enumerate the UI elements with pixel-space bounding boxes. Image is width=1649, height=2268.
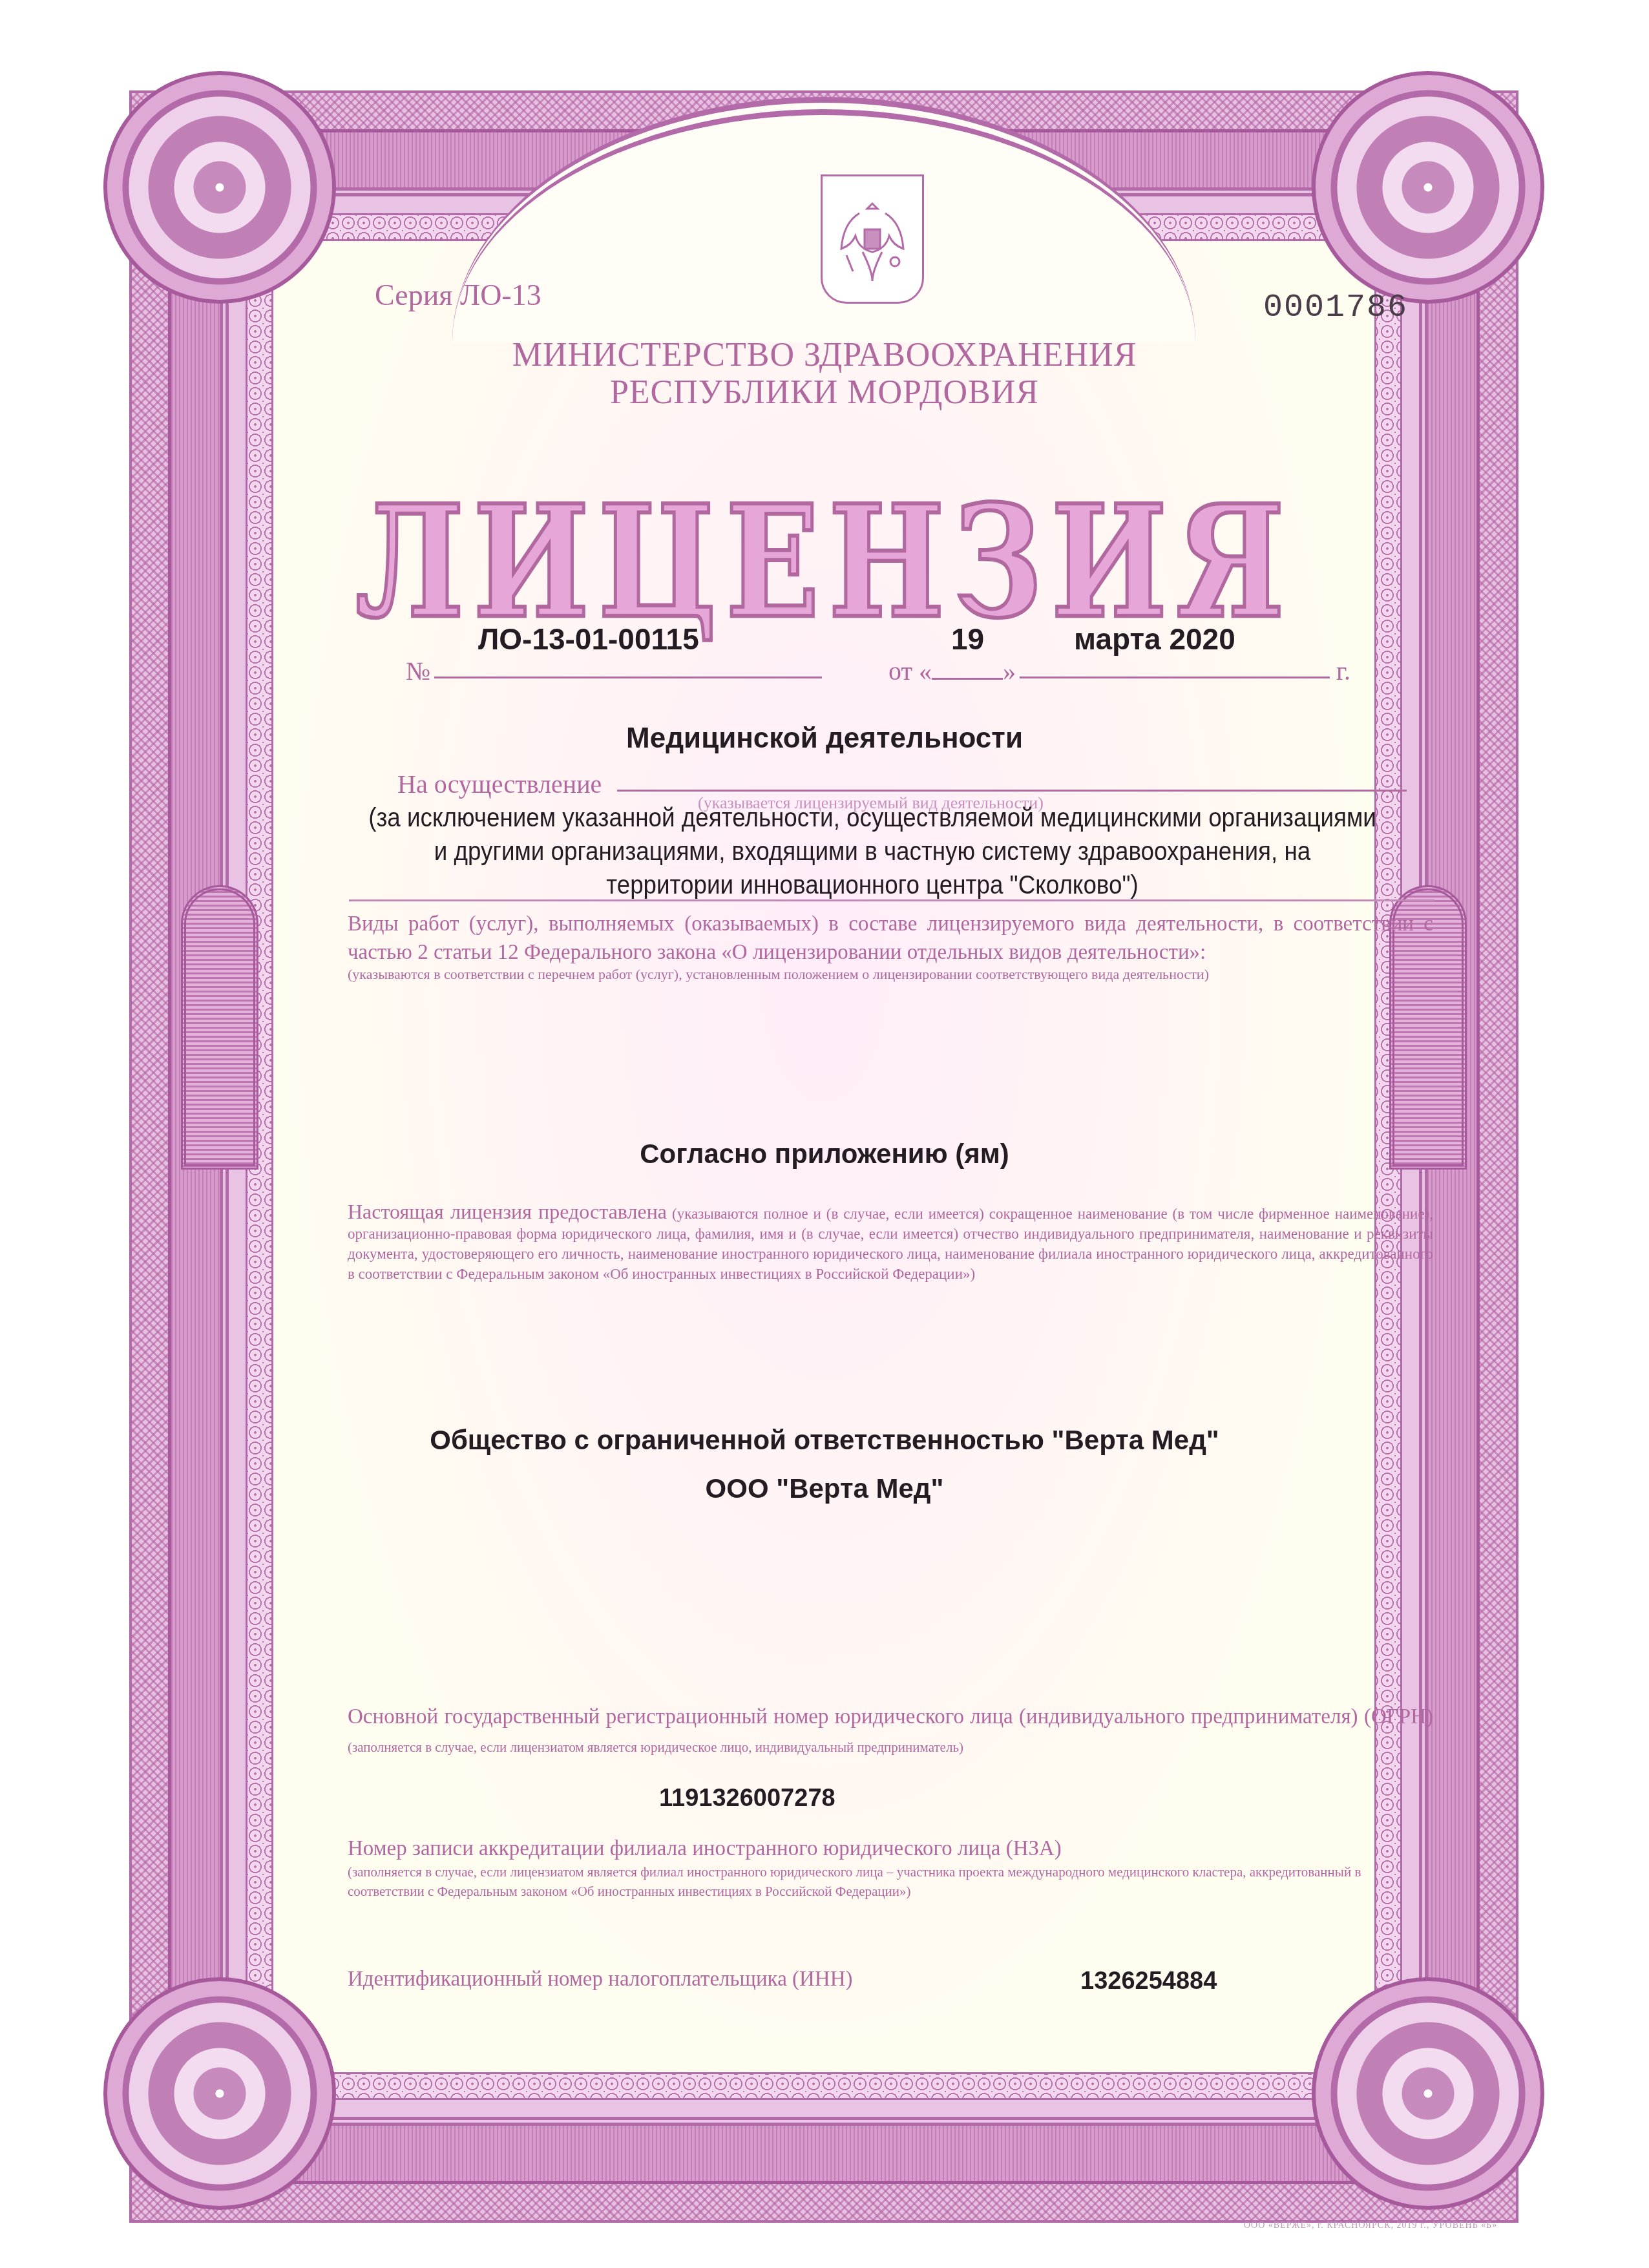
activity-exclusion: (за исключением указанной деятельности, … xyxy=(331,801,1413,902)
number-label: № xyxy=(406,656,430,686)
works-hint: (указываются в соответствии с перечнем р… xyxy=(348,965,1433,984)
from-close-quote: » xyxy=(1003,656,1016,686)
serial-number: 0001786 xyxy=(1263,289,1408,326)
corner-rosette-top-left xyxy=(103,71,336,304)
ogrn-label-text: Основной государственный регистрационный… xyxy=(348,1705,1433,1728)
nza-hint: (заполняется в случае, если лицензиатом … xyxy=(348,1862,1433,1901)
date-underline xyxy=(1020,677,1330,678)
licensee-label: Настоящая лицензия предоставлена (указыв… xyxy=(348,1202,1433,1284)
ogrn-label: Основной государственный регистрационный… xyxy=(348,1703,1433,1761)
left-side-medallion xyxy=(181,885,258,1170)
activity-value: Медицинской деятельности xyxy=(0,722,1649,755)
corner-rosette-bottom-right xyxy=(1312,1977,1544,2210)
inn-value: 1326254884 xyxy=(1080,1968,1217,1995)
section-divider xyxy=(349,899,1434,901)
year-suffix: г. xyxy=(1336,656,1350,686)
coat-of-arms-icon xyxy=(821,174,924,304)
document-title: ЛИЦЕНЗИЯ xyxy=(0,472,1649,652)
inn-label: Идентификационный номер налогоплательщик… xyxy=(348,1968,853,1991)
printer-imprint: ООО «ВЕРЖЕ», г. КРАСНОЯРСК, 2019 г., УРО… xyxy=(1244,2221,1497,2231)
exclusion-line: территории инновационного центра "Сколко… xyxy=(331,868,1413,902)
works-value: Согласно приложению (ям) xyxy=(0,1139,1649,1170)
ogrn-hint: (заполняется в случае, если лицензиатом … xyxy=(348,1739,963,1755)
from-open-quote: от « xyxy=(888,656,932,686)
double-headed-eagle-icon xyxy=(834,191,911,288)
licensee-label-lead: Настоящая лицензия предоставлена xyxy=(348,1200,667,1223)
licensee-full-name: Общество с ограниченной ответственностью… xyxy=(0,1425,1649,1456)
exclusion-line: и другими организациями, входящими в час… xyxy=(331,835,1413,868)
ogrn-value: 1191326007278 xyxy=(659,1785,835,1812)
works-label: Виды работ (услуг), выполняемых (оказыва… xyxy=(348,910,1433,967)
license-month-year: марта 2020 xyxy=(1074,622,1235,656)
nza-label: Номер записи аккредитации филиала иностр… xyxy=(348,1835,1433,1862)
ministry-name-line2: РЕСПУБЛИКИ МОРДОВИЯ xyxy=(0,373,1649,412)
corner-rosette-top-right xyxy=(1312,71,1544,304)
activity-label: На осуществление xyxy=(397,769,602,799)
date-from-label: от «» xyxy=(888,656,1016,686)
number-underline xyxy=(434,677,822,678)
license-number: ЛО-13-01-00115 xyxy=(478,622,699,656)
activity-underline xyxy=(617,790,1407,792)
series-label: Серия ЛО-13 xyxy=(375,278,541,312)
licensee-short-name: ООО "Верта Мед" xyxy=(0,1473,1649,1504)
license-day: 19 xyxy=(951,622,984,656)
exclusion-line: (за исключением указанной деятельности, … xyxy=(331,801,1413,835)
corner-rosette-bottom-left xyxy=(103,1977,336,2210)
ministry-name-line1: МИНИСТЕРСТВО ЗДРАВООХРАНЕНИЯ xyxy=(0,336,1649,374)
